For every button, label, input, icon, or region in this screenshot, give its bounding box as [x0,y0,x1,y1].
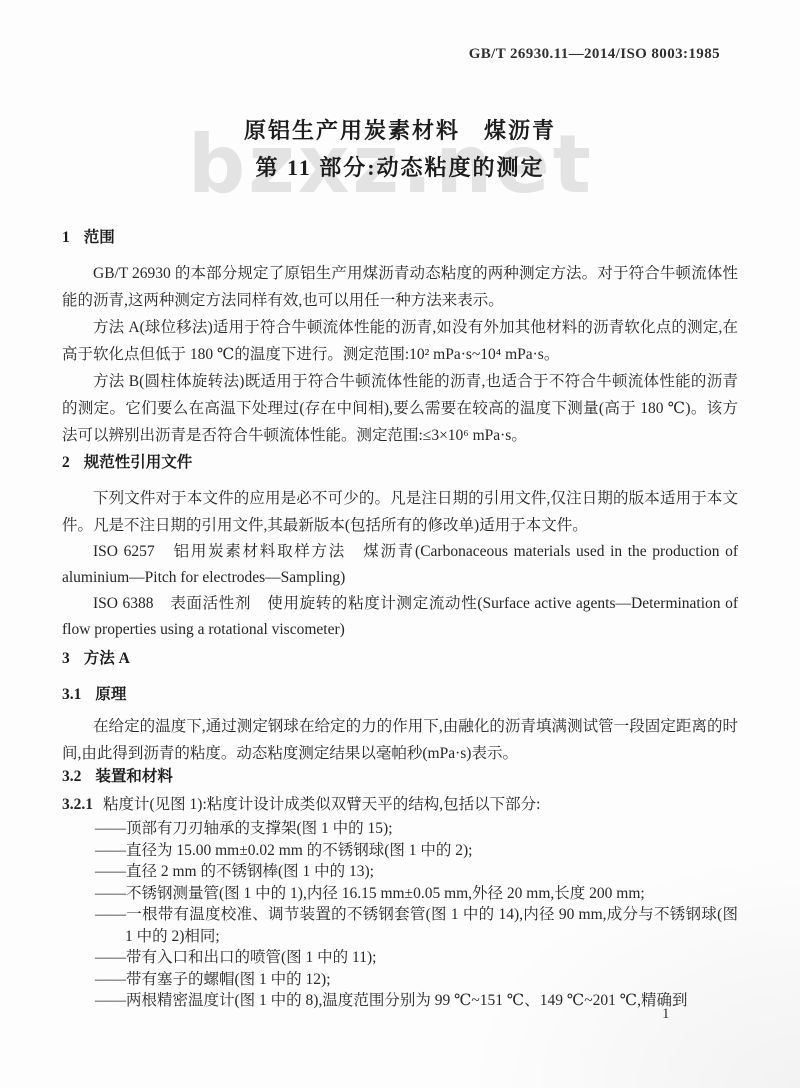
section-references-heading: 2规范性引用文件 [62,453,738,473]
scope-paragraph-method-b: 方法 B(圆柱体旋转法)既适用于符合牛顿流体性能的沥青,也适合于不符合牛顿流体性… [62,368,738,449]
apparatus-parts-list: ——顶部有刀刃轴承的支撑架(图 1 中的 15); ——直径为 15.00 mm… [62,818,738,1012]
clause-viscometer: 3.2.1粘度计(见图 1):粘度计设计成类似双臂天平的结构,包括以下部分: [62,794,738,816]
document-title: 原铝生产用炭素材料 煤沥青 第 11 部分:动态粘度的测定 [0,112,800,186]
clause-viscometer-text: 粘度计(见图 1):粘度计设计成类似双臂天平的结构,包括以下部分: [103,796,540,813]
subsection-principle-heading: 3.1原理 [62,685,738,705]
section-scope-number: 1 [62,229,70,246]
section-method-a-number: 3 [62,650,70,667]
section-method-a-title: 方法 A [84,650,130,667]
subsection-apparatus-heading: 3.2装置和材料 [62,767,738,787]
list-item-nozzle: ——带有入口和出口的喷管(图 1 中的 11); [62,947,738,969]
subsection-apparatus-number: 3.2 [62,768,81,785]
list-item-sleeve-tube: ——一根带有温度校准、调节装置的不锈钢套管(图 1 中的 14),内径 90 m… [62,904,738,947]
reference-iso-6388: ISO 6388 表面活性剂 使用旋转的粘度计测定流动性(Surface act… [62,591,738,643]
list-item-support-frame: ——顶部有刀刃轴承的支撑架(图 1 中的 15); [62,818,738,840]
section-references-number: 2 [62,454,70,471]
section-method-a-heading: 3方法 A [62,649,738,669]
subsection-principle-number: 3.1 [62,686,81,703]
list-item-measuring-tube: ——不锈钢测量管(图 1 中的 1),内径 16.15 mm±0.05 mm,外… [62,883,738,905]
document-title-line2: 第 11 部分:动态粘度的测定 [0,149,800,186]
clause-viscometer-number: 3.2.1 [62,796,93,813]
references-intro-paragraph: 下列文件对于本文件的应用是必不可少的。凡是注日期的引用文件,仅注日期的版本适用于… [62,485,738,539]
section-scope-heading: 1范围 [62,228,738,248]
scope-paragraph-method-a: 方法 A(球位移法)适用于符合牛顿流体性能的沥青,如没有外加其他材料的沥青软化点… [62,314,738,368]
list-item-steel-rod: ——直径 2 mm 的不锈钢棒(图 1 中的 13); [62,861,738,883]
document-title-line1: 原铝生产用炭素材料 煤沥青 [0,112,800,149]
document-page: GB/T 26930.11—2014/ISO 8003:1985 bzxz.ne… [0,0,800,1088]
list-item-screw-cap: ——带有塞子的螺帽(图 1 中的 12); [62,969,738,991]
list-item-steel-ball: ——直径为 15.00 mm±0.02 mm 的不锈钢球(图 1 中的 2); [62,840,738,862]
scope-paragraph-1: GB/T 26930 的本部分规定了原铝生产用煤沥青动态粘度的两种测定方法。对于… [62,260,738,314]
document-body: 1范围 GB/T 26930 的本部分规定了原铝生产用煤沥青动态粘度的两种测定方… [62,214,738,1012]
subsection-principle-title: 原理 [95,686,126,703]
section-scope-title: 范围 [84,229,115,246]
section-references-title: 规范性引用文件 [84,454,193,471]
principle-paragraph: 在给定的温度下,通过测定钢球在给定的力的作用下,由融化的沥青填满测试管一段固定距… [62,713,738,767]
subsection-apparatus-title: 装置和材料 [95,768,173,785]
reference-iso-6257: ISO 6257 铝用炭素材料取样方法 煤沥青(Carbonaceous mat… [62,539,738,591]
list-item-thermometers: ——两根精密温度计(图 1 中的 8),温度范围分别为 99 ℃~151 ℃、1… [62,990,738,1012]
standard-number: GB/T 26930.11—2014/ISO 8003:1985 [469,46,720,63]
